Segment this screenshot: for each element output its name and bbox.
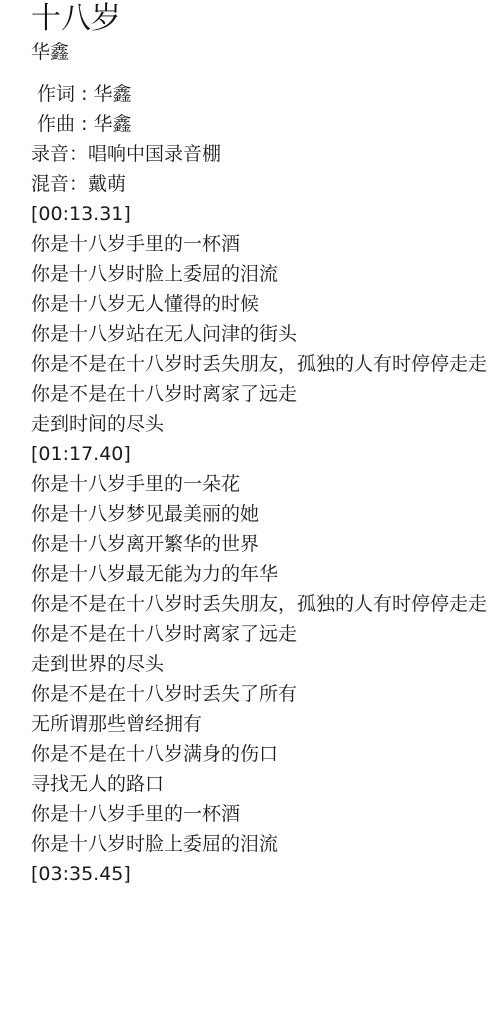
lyric-line: 你是十八岁最无能为力的年华 <box>31 559 500 589</box>
lyric-line: 你是十八岁手里的一杯酒 <box>31 229 500 259</box>
song-artist: 华鑫 <box>31 38 500 66</box>
lyric-line: 你是十八岁离开繁华的世界 <box>31 529 500 559</box>
lyric-line: 你是十八岁梦见最美丽的她 <box>31 499 500 529</box>
lyric-line: 你是十八岁时脸上委屈的泪流 <box>31 259 500 289</box>
lyric-credit-mixing: 混音：戴萌 <box>31 169 500 199</box>
lyrics-page: 十八岁 华鑫 作词 : 华鑫 作曲 : 华鑫 录音：唱响中国录音棚 混音：戴萌 … <box>31 0 500 889</box>
lyric-line: 走到时间的尽头 <box>31 409 500 439</box>
lyric-timestamp: [01:17.40] <box>31 439 500 469</box>
lyric-line: 你是十八岁手里的一朵花 <box>31 469 500 499</box>
lyric-timestamp: [00:13.31] <box>31 199 500 229</box>
lyric-line: 你是十八岁手里的一杯酒 <box>31 799 500 829</box>
lyric-line: 你是不是在十八岁时离家了远走 <box>31 619 500 649</box>
lyric-line: 你是不是在十八岁时丢失了所有 <box>31 679 500 709</box>
lyric-line: 你是十八岁无人懂得的时候 <box>31 289 500 319</box>
lyric-line: 你是十八岁时脸上委屈的泪流 <box>31 829 500 859</box>
lyric-line: 走到世界的尽头 <box>31 649 500 679</box>
lyric-credit-recording: 录音：唱响中国录音棚 <box>31 139 500 169</box>
lyric-credit-composer: 作曲 : 华鑫 <box>31 109 500 139</box>
lyric-line: 你是不是在十八岁时丢失朋友，孤独的人有时停停走走 <box>31 349 500 379</box>
lyric-line: 寻找无人的路口 <box>31 769 500 799</box>
lyrics-body: 作词 : 华鑫 作曲 : 华鑫 录音：唱响中国录音棚 混音：戴萌 [00:13.… <box>31 79 500 889</box>
song-title: 十八岁 <box>31 0 500 38</box>
lyric-line: 你是不是在十八岁满身的伤口 <box>31 739 500 769</box>
lyric-line: 你是不是在十八岁时丢失朋友，孤独的人有时停停走走 <box>31 589 500 619</box>
lyric-line: 你是十八岁站在无人问津的街头 <box>31 319 500 349</box>
lyric-credit-lyricist: 作词 : 华鑫 <box>31 79 500 109</box>
lyric-timestamp: [03:35.45] <box>31 859 500 889</box>
lyric-line: 无所谓那些曾经拥有 <box>31 709 500 739</box>
lyric-line: 你是不是在十八岁时离家了远走 <box>31 379 500 409</box>
